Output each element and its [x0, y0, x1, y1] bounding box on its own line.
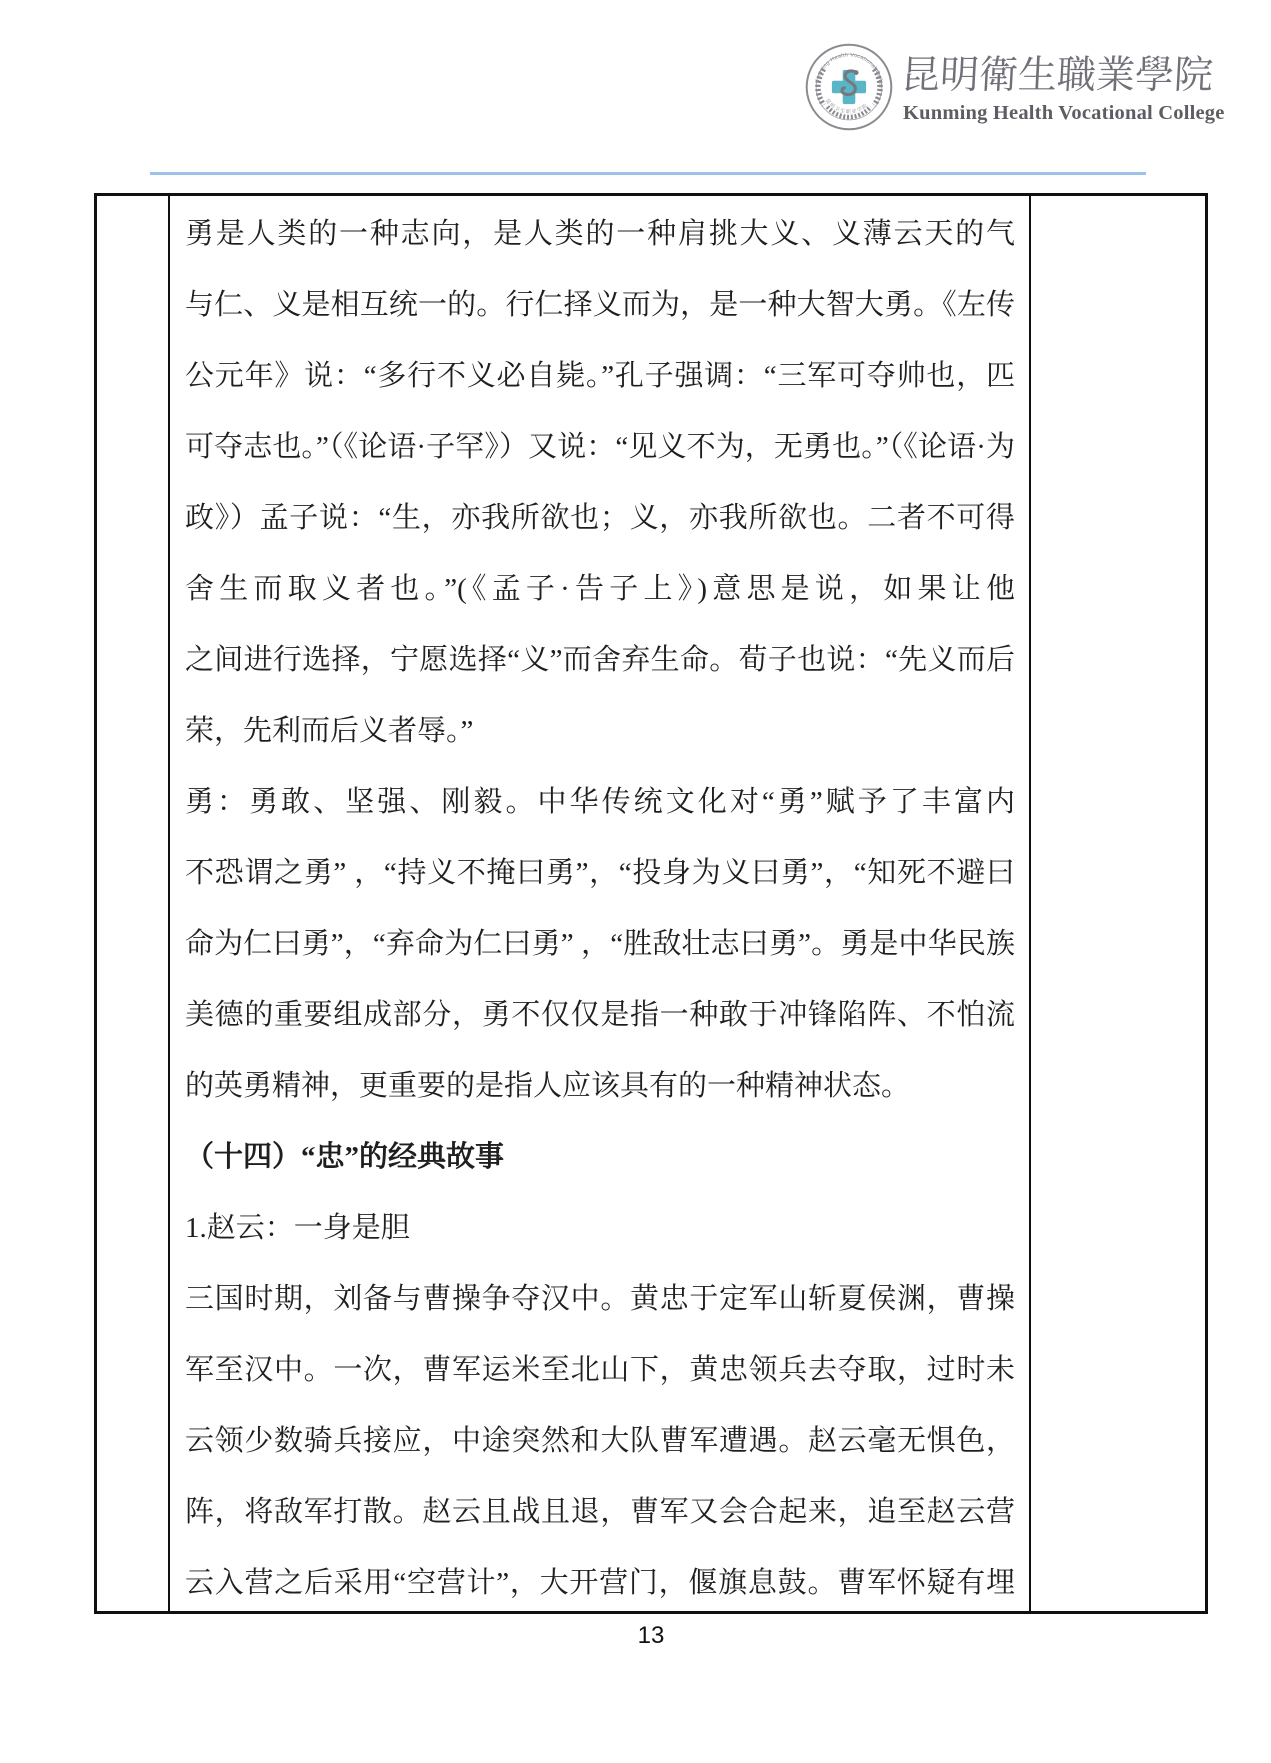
text-line: 不恐谓之勇” ，“持义不掩曰勇”，“投身为义曰勇”，“知死不避曰勇，“悬 [185, 838, 1015, 909]
text-line: 美德的重要组成部分，勇不仅仅是指一种敢于冲锋陷阵、不怕流血牺牲 [185, 980, 1015, 1051]
text-line: 云入营之后采用“空营计”，大开营门，偃旗息鼓。曹军怀疑有埋伏，不 [185, 1548, 1015, 1619]
page-number: 13 [94, 1622, 1208, 1650]
text-line: 命为仁曰勇”，“弃命为仁曰勇” ，“胜敌壮志曰勇”。勇是中华民族传统 [185, 909, 1015, 980]
story-title: 1.赵云：一身是胆 [185, 1193, 1015, 1264]
text-line: 可夺志也。”（《论语·子罕》）又说：“见义不为，无勇也。”（《论语·为 [185, 412, 1015, 483]
college-name-en: Kunming Health Vocational College [903, 100, 1203, 126]
header-divider [150, 172, 1146, 175]
table-col-content: 勇是人类的一种志向，是人类的一种肩挑大义、义薄云天的气概。勇， 与仁、义是相互统… [170, 196, 1031, 1611]
college-logo-icon: Kunming Health Vocational College 昆明卫生职业… [804, 42, 894, 132]
table-col-right [1031, 196, 1205, 1611]
text-line: 勇是人类的一种志向，是人类的一种肩挑大义、义薄云天的气概。勇， [185, 199, 1015, 270]
text-line: 之间进行选择，宁愿选择“义”而舍弃生命。荀子也说：“先义而后利者 [185, 625, 1015, 696]
medical-cross-icon [832, 70, 866, 104]
text-line: 云领少数骑兵接应，中途突然和大队曹军遭遇。赵云毫无惧色，突击其 [185, 1406, 1015, 1477]
document-page: Kunming Health Vocational College 昆明卫生职业… [0, 0, 1271, 1763]
content-table: 勇是人类的一种志向，是人类的一种肩挑大义、义薄云天的气概。勇， 与仁、义是相互统… [94, 193, 1208, 1614]
college-name-zh: 昆明衛生職業學院 [900, 50, 1203, 102]
text-line: 军至汉中。一次，曹军运米至北山下，黄忠领兵去夺取，过时未还。赵 [185, 1335, 1015, 1406]
table-col-left [97, 196, 170, 1611]
text-line: 公元年》说：“多行不义必自毙。”孔子强调：“三军可夺帅也，匹夫不 [185, 341, 1015, 412]
text-line: 三国时期，刘备与曹操争夺汉中。黄忠于定军山斩夏侯渊，曹操亲领大 [185, 1264, 1015, 1335]
text-line: 阵，将敌军打散。赵云且战且退，曹军又会合起来，追至赵云营寨。赵 [185, 1477, 1015, 1548]
section-heading: （十四）“忠”的经典故事 [185, 1122, 1015, 1193]
text-line: 舍生而取义者也。”(《孟子·告子上》)意思是说，如果让他在“生”与“义” [185, 554, 1015, 625]
text-line: 政》）孟子说：“生，亦我所欲也；义，亦我所欲也。二者不可得兼， [185, 483, 1015, 554]
text-line: 与仁、义是相互统一的。行仁择义而为，是一种大智大勇。《左传·隐 [185, 270, 1015, 341]
text-line: 的英勇精神，更重要的是指人应该具有的一种精神状态。 [185, 1051, 1015, 1122]
text-line: 荣，先利而后义者辱。” [185, 696, 1015, 767]
text-line: 勇：勇敢、坚强、刚毅。中华传统文化对“勇”赋予了丰富内涵：“持节 [185, 767, 1015, 838]
